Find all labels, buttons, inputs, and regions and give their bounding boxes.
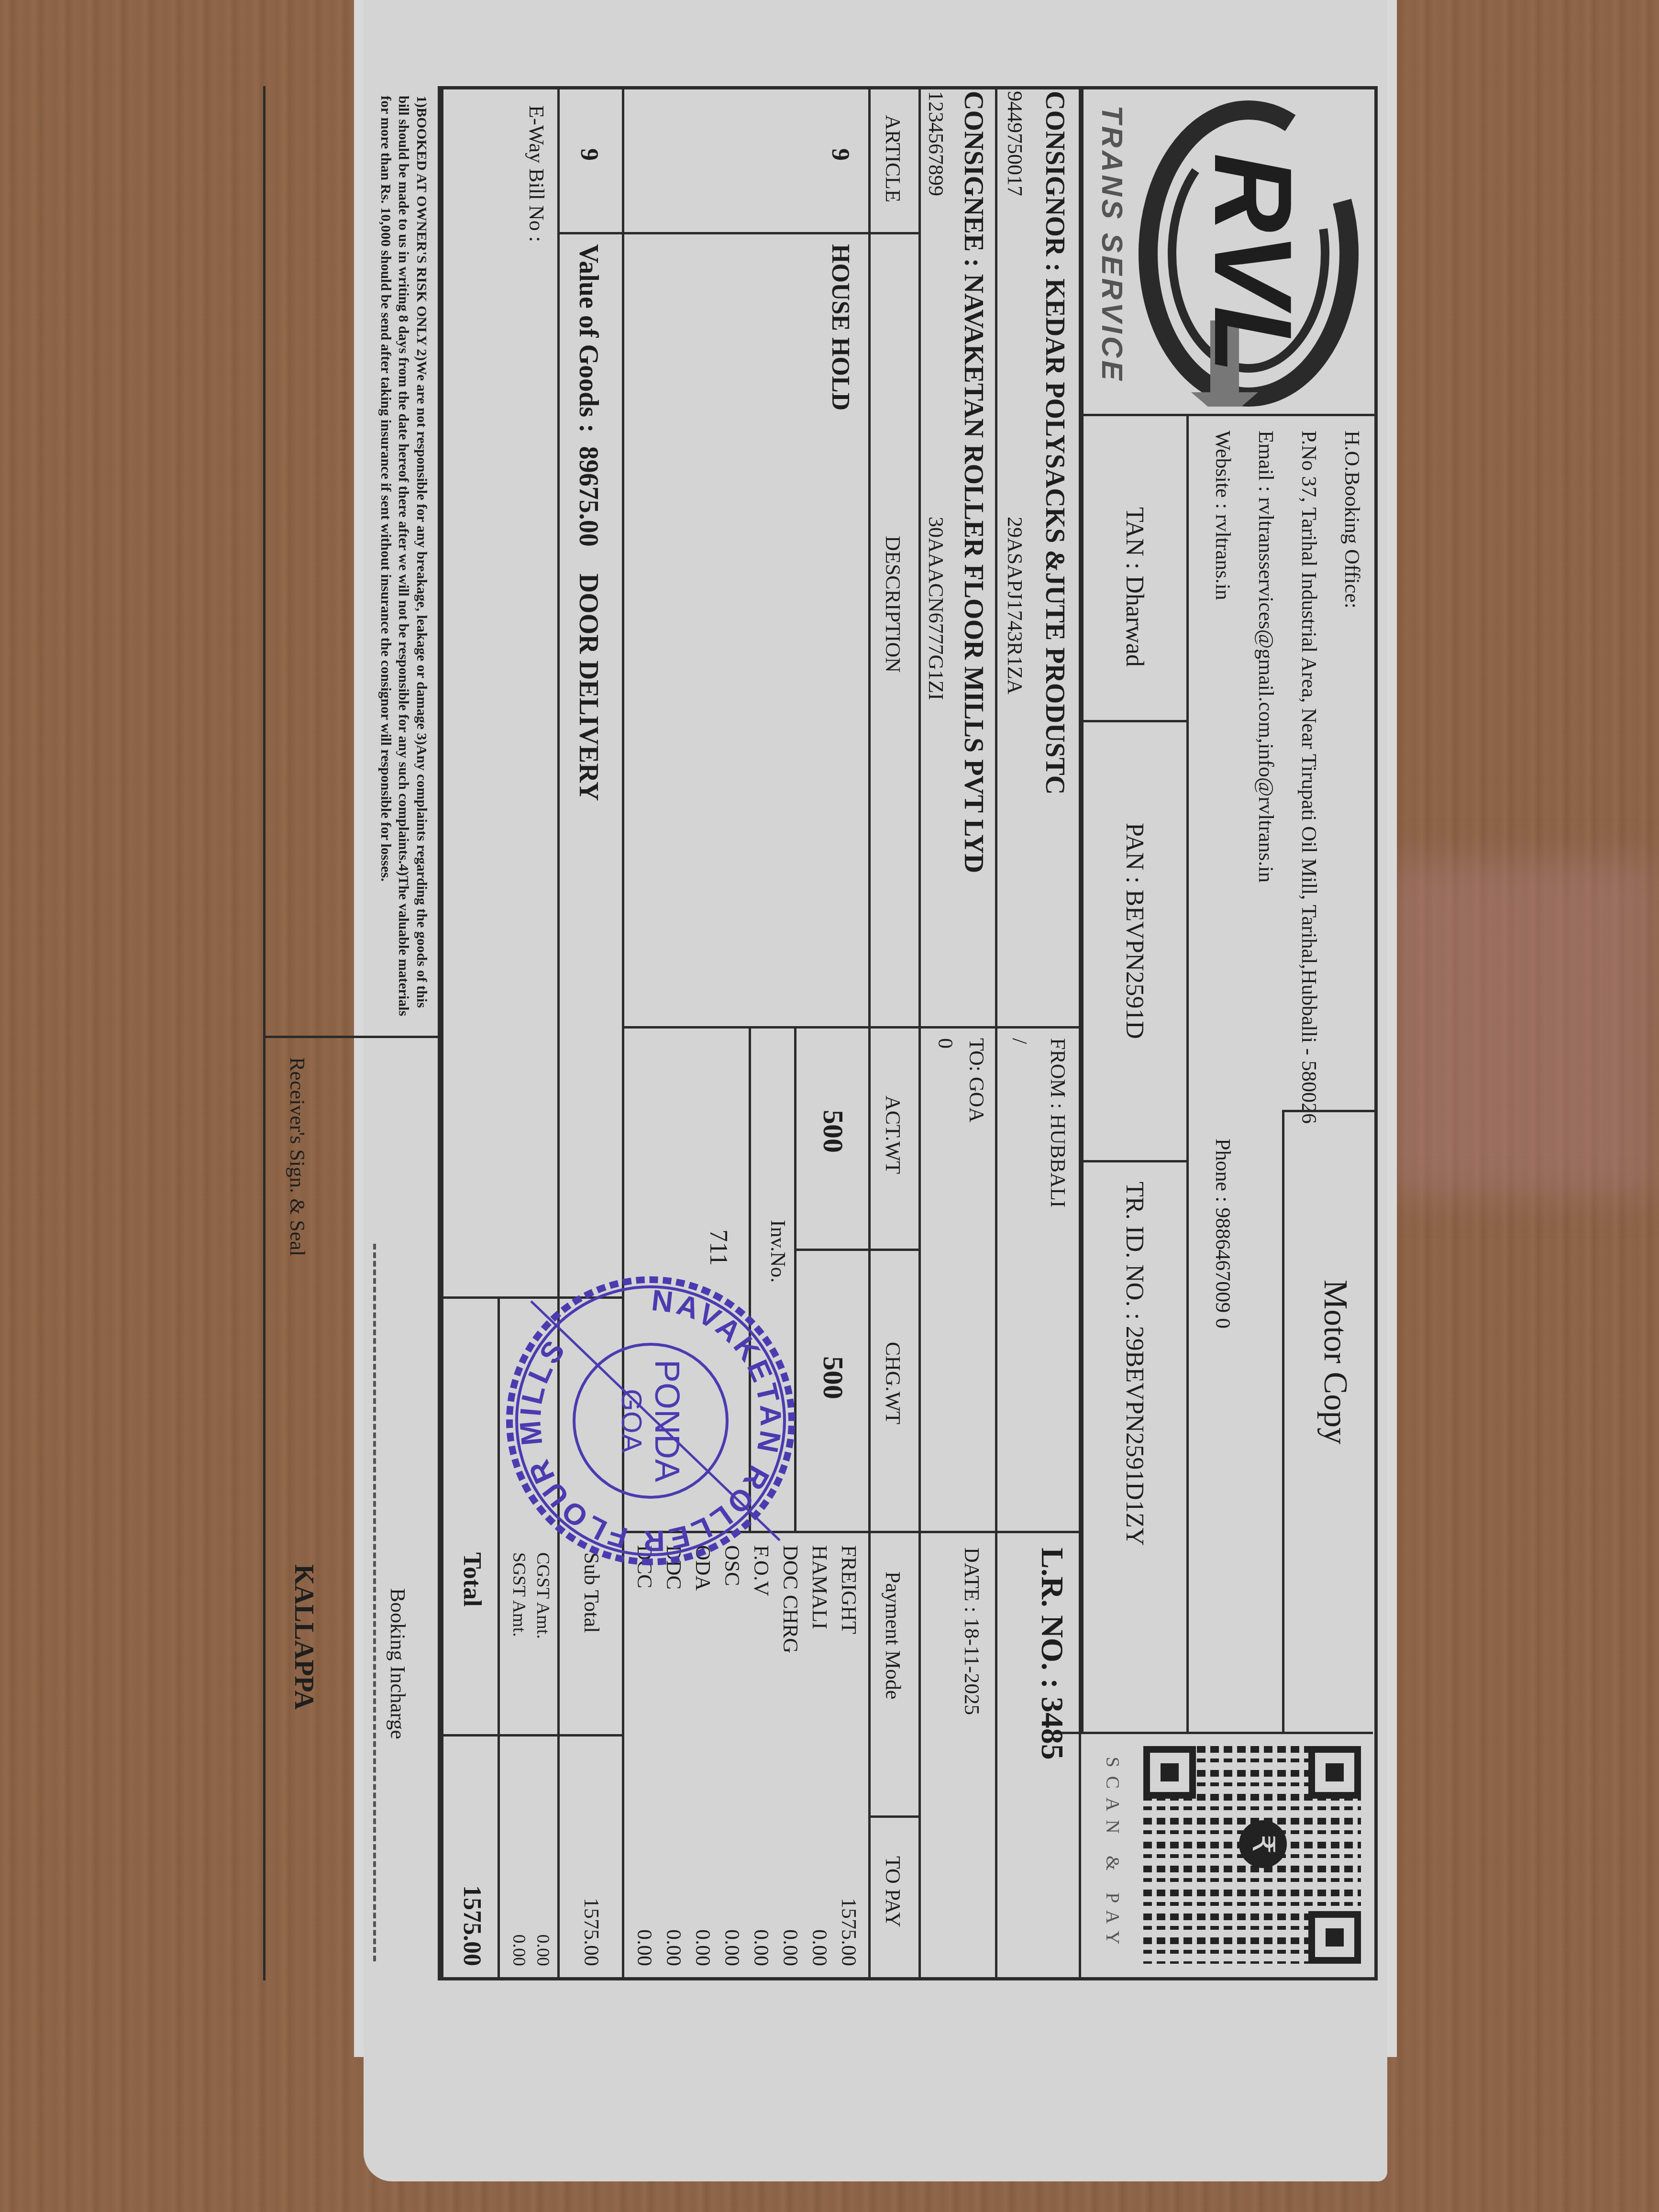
total-value: 1575.00 [458, 1885, 486, 1966]
charge-value: 0.00 [805, 1929, 834, 1966]
consignee-gstin: 30AAACN6777G1ZI [924, 517, 947, 700]
charge-value: 0.00 [776, 1929, 805, 1966]
eway-label: E-Way Bill No : [525, 105, 548, 242]
row-act-wt: 500 [818, 1110, 849, 1153]
from-city: FROM : HUBBALI [1046, 1038, 1069, 1208]
tr-id: TR. ID. NO. : 29BEVPN2591D1ZY [1121, 1182, 1148, 1546]
rupee-icon: ₹ [1239, 1820, 1287, 1868]
svg-text:RVL: RVL [1192, 153, 1315, 373]
table-stain [1387, 861, 1655, 1196]
payment-mode-value: TO PAY [881, 1856, 904, 1927]
charge-value: 0.00 [747, 1929, 776, 1966]
to-city: TO: GOA [965, 1038, 988, 1122]
charge-row: DDC0.00 [659, 1545, 688, 1966]
booking-incharge-name: KALLAPPA [288, 1564, 318, 1710]
charge-value: 0.00 [688, 1929, 718, 1966]
value-of-goods: Value of Goods : 89675.00 DOOR DELIVERY [573, 244, 603, 801]
qr-caption: SCAN & PAY [1102, 1746, 1124, 1964]
charge-row: DCC0.00 [630, 1545, 659, 1966]
booking-incharge-label: Booking Incharge [386, 1588, 409, 1739]
charge-row: OSC0.00 [718, 1545, 747, 1966]
rvl-logo-icon: RVL [1129, 96, 1368, 407]
consignor-block: CONSIGNOR : KEDAR POLYSACKS &JUTE PRODUS… [918, 86, 1081, 1029]
charge-row: FREIGHT1575.00 [834, 1545, 863, 1966]
consignor-phone: 9449750017 [1003, 91, 1026, 196]
charges-list: FREIGHT1575.00HAMALI0.00DOC CHRG0.00F.O.… [622, 1531, 871, 1980]
consignee-name: CONSIGNEE : NAVAKETAN ROLLER FLOOR MILLS… [958, 91, 988, 873]
col-article: ARTICLE [881, 115, 904, 202]
invoice-number: 711 [705, 1229, 732, 1266]
to-extra: 0 [934, 1038, 957, 1049]
charge-row: HAMALI0.00 [805, 1545, 834, 1966]
charge-value: 0.00 [630, 1929, 659, 1966]
charge-row: DOC CHRG0.00 [776, 1545, 805, 1966]
col-act-wt: ACT.WT [881, 1095, 904, 1174]
payment-qr[interactable]: ₹ SCAN & PAY [1057, 1732, 1373, 1973]
tax-ids-row: TAN : Dharwad PAN : BEVPN2591D TR. ID. N… [1081, 416, 1189, 1732]
office-address: P.No 37, Tarihal Industrial Area, Near T… [1297, 431, 1320, 1124]
charge-value: 0.00 [718, 1929, 747, 1966]
receiver-sign-label: Receiver's Sign. & Seal [286, 1057, 309, 1256]
from-extra: / [1008, 1038, 1031, 1044]
company-logo: RVL TRANS SERVICE [1081, 86, 1378, 416]
col-chg-wt: CHG.WT [881, 1342, 904, 1424]
signature-block: Receiver's Sign. & Seal Booking Incharge… [263, 1036, 440, 1980]
charge-row: ODA0.00 [688, 1545, 718, 1966]
total-articles: 9 [575, 148, 603, 161]
cgst-value: 0.00 [532, 1935, 553, 1967]
terms-block: 1)BOOKED AT OWNER'S RISK ONLY 2)We are n… [263, 86, 440, 1038]
office-email: Email : rvltransservices@gmail.com,info@… [1254, 431, 1277, 883]
total-label: Total [458, 1552, 486, 1607]
consignee-phone: 1234567899 [924, 91, 947, 196]
route-block: FROM : HUBBALI / TO: GOA 0 [918, 1026, 1081, 1533]
office-phone: Phone : 9886467009 0 [1211, 1139, 1234, 1328]
copy-type-box: Motor Copy [1282, 1110, 1378, 1732]
col-payment-mode: Payment Mode [881, 1571, 904, 1700]
subtotal-value: 1575.00 [580, 1898, 603, 1966]
row-chg-wt: 500 [818, 1356, 849, 1399]
svg-text:PONDA: PONDA [648, 1360, 686, 1482]
consignor-name: CONSIGNOR : KEDAR POLYSACKS &JUTE PRODUS… [1040, 91, 1069, 795]
col-description: DESCRIPTION [881, 536, 904, 673]
charge-value: 0.00 [659, 1929, 688, 1966]
pan: PAN : BEVPN2591D [1121, 823, 1148, 1039]
office-website: Website : rvltrans.in [1211, 431, 1234, 600]
office-label: H.O.Booking Office: [1340, 431, 1363, 608]
lr-number: L.R. NO. : 3485 [1034, 1548, 1069, 1760]
charge-row: F.O.V0.00 [747, 1545, 776, 1966]
company-seal-icon: NAVAKETAN ROLLER FLOUR MILLS PONDA GOA [502, 1272, 799, 1569]
charge-label: FREIGHT [834, 1545, 863, 1634]
charge-value: 1575.00 [834, 1898, 863, 1966]
charge-label: HAMALI [805, 1545, 834, 1629]
company-tagline: TRANS SERVICE [1095, 105, 1129, 383]
tan: TAN : Dharwad [1121, 507, 1148, 667]
sgst-value: 0.00 [509, 1935, 529, 1967]
lorry-receipt: RVL TRANS SERVICE H.O.Booking Office: P.… [440, 86, 1378, 1980]
consignor-gstin: 29ASAPJ1743R1ZA [1003, 517, 1026, 695]
lr-date: DATE : 18-11-2025 [960, 1548, 983, 1715]
lr-block: L.R. NO. : 3485 DATE : 18-11-2025 [918, 1531, 1081, 1980]
copy-type: Motor Copy [1317, 1280, 1354, 1444]
eway-block: E-Way Bill No : [440, 86, 560, 1299]
terms-text: 1)BOOKED AT OWNER'S RISK ONLY 2)We are n… [377, 96, 431, 1024]
row-article: 9 [827, 148, 854, 161]
row-description: HOUSE HOLD [827, 244, 854, 410]
